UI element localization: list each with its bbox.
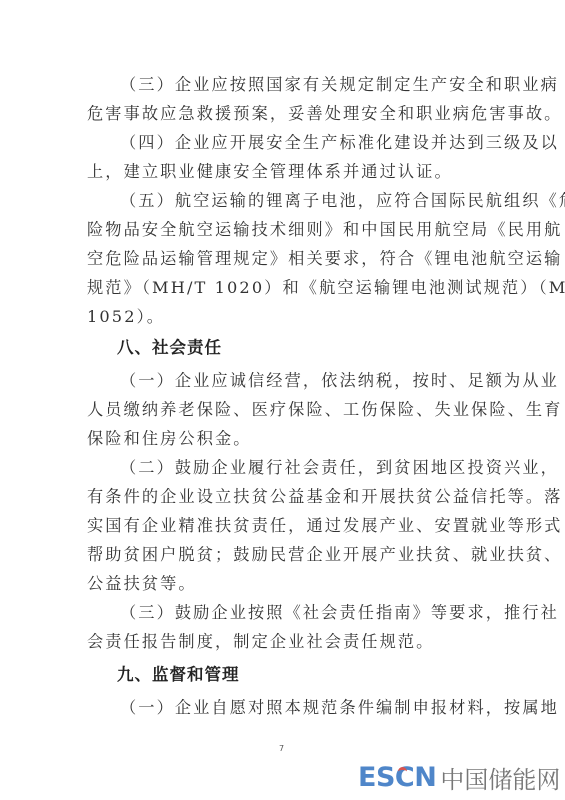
text-line: 上，建立职业健康安全管理体系并通过认证。 <box>87 161 482 183</box>
text-line: 险物品安全航空运输技术细则》和中国民用航空局《民用航 <box>87 219 482 241</box>
text-line: （一）企业自愿对照本规范条件编制申报材料，按属地 <box>120 697 482 719</box>
document-page: （三）企业应按照国家有关规定制定生产安全和职业病危害事故应急救援预案，妥善处理安… <box>0 0 565 800</box>
text-line: 帮助贫困户脱贫；鼓励民营企业开展产业扶贫、就业扶贫、 <box>87 544 482 566</box>
text-line: 1052）。 <box>87 306 482 328</box>
text-line: 会责任报告制度，制定企业社会责任规范。 <box>87 631 482 653</box>
text-line: （三）企业应按照国家有关规定制定生产安全和职业病 <box>120 74 482 96</box>
text-line: 危害事故应急救援预案，妥善处理安全和职业病危害事故。 <box>87 103 482 125</box>
watermark-latin: ESCN <box>358 762 436 793</box>
section-heading: 八、社会责任 <box>117 337 222 359</box>
text-line: （四）企业应开展安全生产标准化建设并达到三级及以 <box>120 132 482 154</box>
text-line: 空危险品运输管理规定》相关要求，符合《锂电池航空运输 <box>87 248 482 270</box>
page-number: 7 <box>279 744 284 753</box>
text-line: （五）航空运输的锂离子电池，应符合国际民航组织《危 <box>120 190 482 212</box>
text-line: 人员缴纳养老保险、医疗保险、工伤保险、失业保险、生育 <box>87 399 482 421</box>
text-line: （三）鼓励企业按照《社会责任指南》等要求，推行社 <box>120 602 482 624</box>
watermark-chinese: 中国储能网 <box>440 760 560 795</box>
text-line: 保险和住房公积金。 <box>87 428 482 450</box>
text-line: （二）鼓励企业履行社会责任，到贫困地区投资兴业， <box>120 457 482 479</box>
text-line: 公益扶贫等。 <box>87 573 482 595</box>
section-heading: 九、监督和管理 <box>117 664 240 686</box>
text-line: 实国有企业精准扶贫责任，通过发展产业、安置就业等形式 <box>87 515 482 537</box>
text-line: 有条件的企业设立扶贫公益基金和开展扶贫公益信托等。落 <box>87 486 482 508</box>
escn-watermark-logo: ESCN 中国储能网 <box>358 762 560 792</box>
text-line: （一）企业应诚信经营，依法纳税，按时、足额为从业 <box>120 370 482 392</box>
text-line: 规范》（MH/T 1020）和《航空运输锂电池测试规范）（MH/T <box>87 277 482 299</box>
